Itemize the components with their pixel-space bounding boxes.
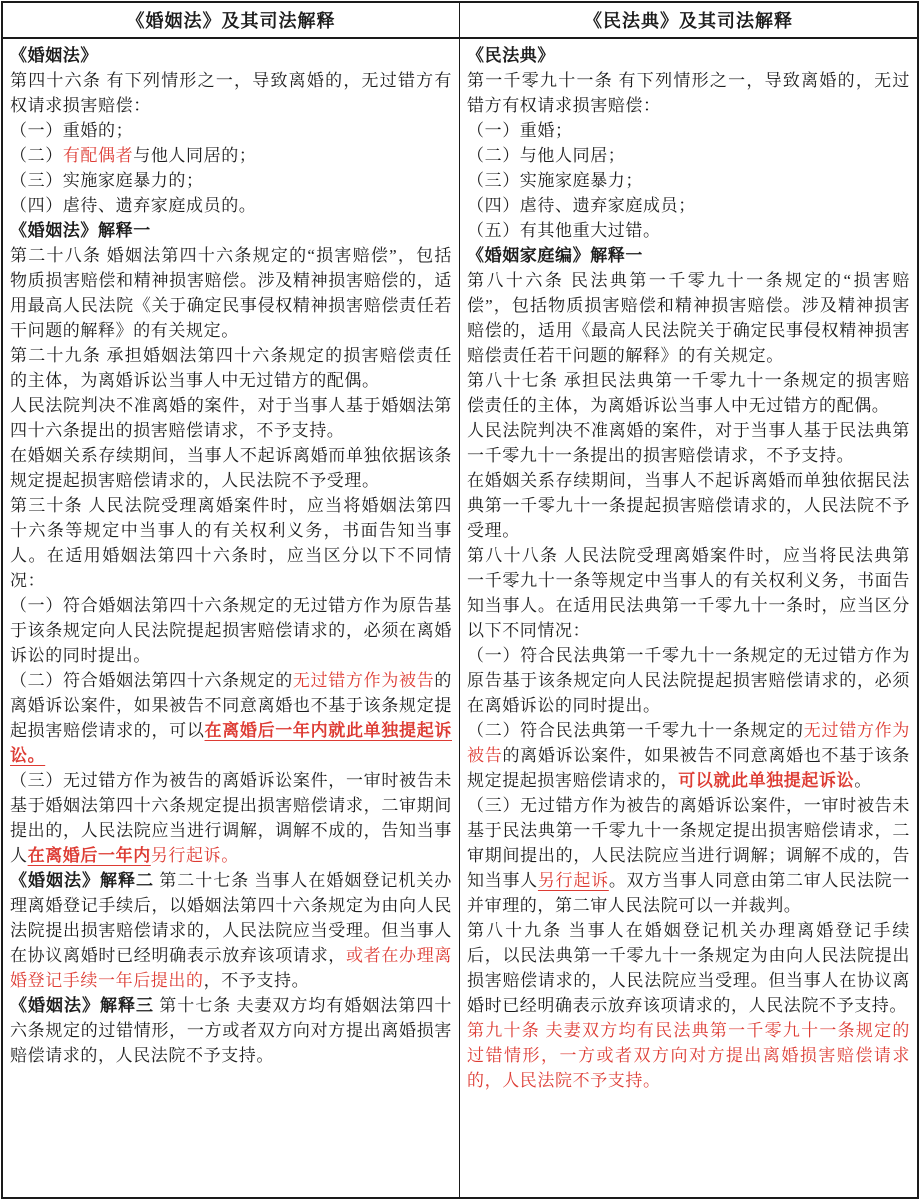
paragraph: （一）重婚的； xyxy=(10,118,452,143)
text-segment: 第二十八条 婚姻法第四十六条规定的“损害赔偿”，包括物质损害赔偿和精神损害赔偿。… xyxy=(10,246,452,340)
highlighted-text: 可以就此单独提起诉讼 xyxy=(678,771,854,790)
column-header-civil-code: 《民法典》及其司法解释 xyxy=(460,3,917,39)
paragraph: 《婚姻法》解释二 第二十七条 当事人在婚姻登记机关办理离婚登记手续后，以婚姻法第… xyxy=(10,868,452,993)
highlighted-text: 《婚姻法》解释一 xyxy=(10,221,151,240)
text-segment: 在婚姻关系存续期间，当事人不起诉离婚而单独依据民法典第一千零九十一条提起损害赔偿… xyxy=(467,471,910,540)
paragraph: （二）符合民法典第一千零九十一条规定的无过错方作为被告的离婚诉讼案件，如果被告不… xyxy=(467,718,910,793)
paragraph: 《婚姻法》解释一 xyxy=(10,218,452,243)
text-segment: 第八十九条 当事人在婚姻登记机关办理离婚登记手续后，以民法典第一千零九十一条规定… xyxy=(467,921,910,1015)
paragraph: （二）有配偶者与他人同居的； xyxy=(10,143,452,168)
paragraph: （四）虐待、遗弃家庭成员的。 xyxy=(10,193,452,218)
text-segment: 与他人同居的； xyxy=(133,146,256,165)
text-segment: 第四十六条 有下列情形之一，导致离婚的，无过错方有权请求损害赔偿： xyxy=(10,71,452,115)
text-segment: （一）符合民法典第一千零九十一条规定的无过错方作为原告基于该条规定向人民法院提起… xyxy=(467,646,910,715)
text-segment: （三）实施家庭暴力； xyxy=(467,171,643,190)
text-segment: ，不予支持。 xyxy=(204,971,310,990)
paragraph: （三）无过错方作为被告的离婚诉讼案件，一审时被告未基于民法典第一千零九十一条规定… xyxy=(467,793,910,918)
paragraph: （五）有其他重大过错。 xyxy=(467,218,910,243)
highlighted-text: 《民法典》 xyxy=(467,46,555,65)
paragraph: 第二十八条 婚姻法第四十六条规定的“损害赔偿”，包括物质损害赔偿和精神损害赔偿。… xyxy=(10,243,452,343)
paragraph: 第二十九条 承担婚姻法第四十六条规定的损害赔偿责任的主体，为离婚诉讼当事人中无过… xyxy=(10,343,452,393)
highlighted-text: 另行起诉。 xyxy=(151,846,239,865)
paragraph: （二）与他人同居； xyxy=(467,143,910,168)
highlighted-text: 《婚姻法》解释二 xyxy=(10,871,154,890)
column-body-marriage-law: 《婚姻法》第四十六条 有下列情形之一，导致离婚的，无过错方有权请求损害赔偿：（一… xyxy=(3,39,460,1197)
highlighted-text: 《婚姻法》 xyxy=(10,46,98,65)
paragraph: 第八十七条 承担民法典第一千零九十一条规定的损害赔偿责任的主体，为离婚诉讼当事人… xyxy=(467,368,910,418)
text-segment: （一）重婚的； xyxy=(10,121,133,140)
paragraph: 《婚姻法》解释三 第十七条 夫妻双方均有婚姻法第四十六条规定的过错情形，一方或者… xyxy=(10,993,452,1068)
text-segment: （二） xyxy=(10,146,63,165)
paragraph: 人民法院判决不准离婚的案件，对于当事人基于婚姻法第四十六条提出的损害赔偿请求，不… xyxy=(10,393,452,443)
text-segment: 第八十八条 人民法院受理离婚案件时，应当将民法典第一千零九十一条等规定中当事人的… xyxy=(467,546,910,640)
paragraph: 《民法典》 xyxy=(467,43,910,68)
paragraph: 第八十九条 当事人在婚姻登记机关办理离婚登记手续后，以民法典第一千零九十一条规定… xyxy=(467,918,910,1018)
text-segment: 在婚姻关系存续期间，当事人不起诉离婚而单独依据该条规定提起损害赔偿请求的，人民法… xyxy=(10,446,452,490)
text-segment: （一）符合婚姻法第四十六条规定的无过错方作为原告基于该条规定向人民法院提起损害赔… xyxy=(10,596,452,665)
highlighted-text: 有配偶者 xyxy=(63,146,133,165)
text-segment: 人民法院判决不准离婚的案件，对于当事人基于婚姻法第四十六条提出的损害赔偿请求，不… xyxy=(10,396,452,440)
paragraph: 第一千零九十一条 有下列情形之一，导致离婚的，无过错方有权请求损害赔偿： xyxy=(467,68,910,118)
text-segment: 人民法院判决不准离婚的案件，对于当事人基于民法典第一千零九十一条提出的损害赔偿请… xyxy=(467,421,910,465)
text-segment: （一）重婚； xyxy=(467,121,573,140)
text-segment: 第二十九条 承担婚姻法第四十六条规定的损害赔偿责任的主体，为离婚诉讼当事人中无过… xyxy=(10,346,452,390)
highlighted-text: 另行起诉 xyxy=(538,871,609,890)
paragraph: 第四十六条 有下列情形之一，导致离婚的，无过错方有权请求损害赔偿： xyxy=(10,68,452,118)
paragraph: 第三十条 人民法院受理离婚案件时，应当将婚姻法第四十六条等规定中当事人的有关权利… xyxy=(10,493,452,593)
paragraph: （一）符合婚姻法第四十六条规定的无过错方作为原告基于该条规定向人民法院提起损害赔… xyxy=(10,593,452,668)
text-segment: 第八十七条 承担民法典第一千零九十一条规定的损害赔偿责任的主体，为离婚诉讼当事人… xyxy=(467,371,910,415)
text-segment: （二）符合婚姻法第四十六条规定的 xyxy=(10,671,293,690)
paragraph: 《婚姻法》 xyxy=(10,43,452,68)
text-segment: （二）符合民法典第一千零九十一条规定的 xyxy=(467,721,804,740)
paragraph: （三）无过错方作为被告的离婚诉讼案件，一审时被告未基于婚姻法第四十六条规定提出损… xyxy=(10,768,452,868)
text-segment: （三）实施家庭暴力的； xyxy=(10,171,204,190)
paragraph: （二）符合婚姻法第四十六条规定的无过错方作为被告的离婚诉讼案件，如果被告不同意离… xyxy=(10,668,452,768)
paragraph: 第八十六条 民法典第一千零九十一条规定的“损害赔偿”，包括物质损害赔偿和精神损害… xyxy=(467,268,910,368)
text-segment: 第八十六条 民法典第一千零九十一条规定的“损害赔偿”，包括物质损害赔偿和精神损害… xyxy=(467,271,910,365)
highlighted-text: 《婚姻家庭编》解释一 xyxy=(467,246,643,265)
paragraph: 在婚姻关系存续期间，当事人不起诉离婚而单独依据民法典第一千零九十一条提起损害赔偿… xyxy=(467,468,910,543)
paragraph: 在婚姻关系存续期间，当事人不起诉离婚而单独依据该条规定提起损害赔偿请求的，人民法… xyxy=(10,443,452,493)
paragraph: 第九十条 夫妻双方均有民法典第一千零九十一条规定的过错情形，一方或者双方向对方提… xyxy=(467,1018,910,1093)
paragraph: （三）实施家庭暴力； xyxy=(467,168,910,193)
text-segment: （二）与他人同居； xyxy=(467,146,625,165)
text-segment: 第三十条 人民法院受理离婚案件时，应当将婚姻法第四十六条等规定中当事人的有关权利… xyxy=(10,496,452,590)
text-segment: 。 xyxy=(854,771,872,790)
text-segment: 第一千零九十一条 有下列情形之一，导致离婚的，无过错方有权请求损害赔偿： xyxy=(467,71,910,115)
text-segment: （四）虐待、遗弃家庭成员的。 xyxy=(10,196,256,215)
paragraph: 《婚姻家庭编》解释一 xyxy=(467,243,910,268)
highlighted-text: 无过错方作为被告 xyxy=(293,671,434,690)
comparison-table: 《婚姻法》及其司法解释 《民法典》及其司法解释 《婚姻法》第四十六条 有下列情形… xyxy=(1,1,919,1199)
paragraph: （一）重婚； xyxy=(467,118,910,143)
paragraph: （三）实施家庭暴力的； xyxy=(10,168,452,193)
paragraph: （四）虐待、遗弃家庭成员； xyxy=(467,193,910,218)
highlighted-text: 第九十条 夫妻双方均有民法典第一千零九十一条规定的过错情形，一方或者双方向对方提… xyxy=(467,1021,910,1090)
highlighted-text: 在离婚后一年内 xyxy=(28,846,151,865)
paragraph: 人民法院判决不准离婚的案件，对于当事人基于民法典第一千零九十一条提出的损害赔偿请… xyxy=(467,418,910,468)
column-body-civil-code: 《民法典》第一千零九十一条 有下列情形之一，导致离婚的，无过错方有权请求损害赔偿… xyxy=(460,39,917,1197)
paragraph: （一）符合民法典第一千零九十一条规定的无过错方作为原告基于该条规定向人民法院提起… xyxy=(467,643,910,718)
text-segment: （四）虐待、遗弃家庭成员； xyxy=(467,196,696,215)
highlighted-text: 《婚姻法》解释三 xyxy=(10,996,154,1015)
column-header-marriage-law: 《婚姻法》及其司法解释 xyxy=(3,3,460,39)
paragraph: 第八十八条 人民法院受理离婚案件时，应当将民法典第一千零九十一条等规定中当事人的… xyxy=(467,543,910,643)
text-segment: （五）有其他重大过错。 xyxy=(467,221,661,240)
